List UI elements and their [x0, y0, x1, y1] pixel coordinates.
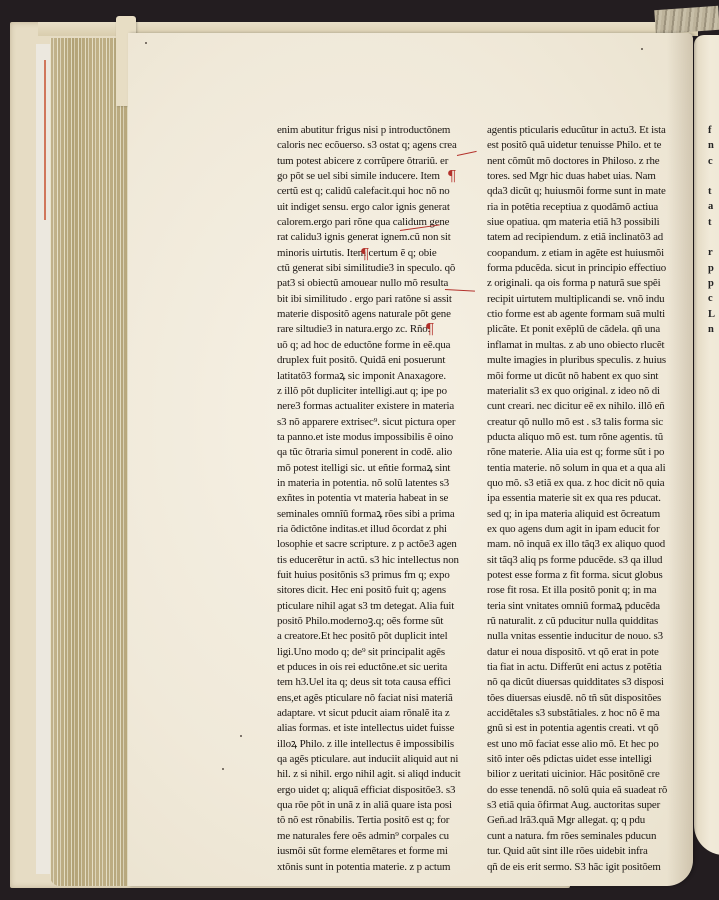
text-line: mõ potest itelligi sic. ut eñtie formaꝝ … [277, 461, 475, 476]
text-line: exñtes in potentia vt materia habeat in … [277, 491, 475, 506]
facing-page-fragment-line: f [708, 123, 719, 138]
facing-page-fragment-line: L [708, 307, 719, 322]
text-line: tur. Quid aũt sint ille rões uidebit inf… [487, 844, 687, 859]
text-line: z illõ põt dupliciter intelligi.aut q; i… [277, 384, 475, 399]
page-block-edges [50, 38, 130, 886]
text-line: est uno mõ faciat esse alio mõ. Et hec p… [487, 737, 687, 752]
text-line: nõ qa dicũt diuersas quidditates s3 disp… [487, 675, 687, 690]
text-line: mam. nõ inquã ex illo tãq3 ex aliquo quo… [487, 537, 687, 552]
text-line: qda3 dicũt q; huiusmõi forme sunt in mat… [487, 184, 687, 199]
facing-page-fragment-line [708, 230, 719, 245]
rubric-pilcrow-icon: ¶ [447, 167, 457, 185]
text-line: in materia in potentia. nõ solũ latentes… [277, 476, 475, 491]
text-line: inflamat in multas. z ab uno obiecto rlu… [487, 338, 687, 353]
text-line: teria sint vnitates omniũ formaꝝ pducẽda [487, 599, 687, 614]
facing-page-fragment-line: c [708, 291, 719, 306]
text-line: z originali. qa ois forma p naturã sue s… [487, 276, 687, 291]
text-line: mõi forme ut dicũt nõ habent ex quo sint [487, 369, 687, 384]
text-line: uõ q; ad hoc de eductõne forme in eẽ.qua [277, 338, 475, 353]
paper-speck [641, 48, 643, 50]
facing-page-fragment-line: p [708, 261, 719, 276]
text-line: ipa essentia materie sit ex qua res pduc… [487, 491, 687, 506]
text-line: nulla vnitas essentie inducitur de nouo.… [487, 629, 687, 644]
text-line: alias formas. et iste intellectus uidet … [277, 721, 475, 736]
text-line: certũ est q; calidũ calefacit.qui hoc nõ… [277, 184, 475, 199]
text-line: coopandum. z etiam in agẽte est huiusmõi [487, 246, 687, 261]
text-line: recipit uirtutem multiplicandi se. vnõ i… [487, 292, 687, 307]
facing-page-fragment-line: p [708, 276, 719, 291]
text-line: sitores dicit. Hec eni positõ fuit q; ag… [277, 583, 475, 598]
text-line: pducta aliquo mõ est. tum rõne agentis. … [487, 430, 687, 445]
text-line: latitatõ3 formaꝝ sic imponit Anaxagore. [277, 369, 475, 384]
text-line: s3 nõ apparere extrisec⁹. sicut pictura … [277, 415, 475, 430]
text-line: me naturales fere oẽs admin⁹ corpales cu [277, 829, 475, 844]
text-line: enim abutitur frigus nisi p introductõne… [277, 123, 475, 138]
text-line: go põt se uel sibi simile inducere. Item [277, 169, 475, 184]
facing-page-fragment-line: a [708, 199, 719, 214]
facing-page-text-fragment: fnctatrppcLn [708, 123, 719, 337]
text-line: calorem.ergo pari rõne qua calidum gene [277, 215, 475, 230]
text-line: rare siltudie3 in natura.ergo zc. Rño. [277, 322, 475, 337]
text-line: a creatore.Et hec positõ põt duplicit in… [277, 629, 475, 644]
text-line: bit ibi similitudo . ergo pari ratõne si… [277, 292, 475, 307]
text-line: siue opatiua. qm materia etiã h3 possibi… [487, 215, 687, 230]
text-line: materialit s3 ex quo original. z ideo nõ… [487, 384, 687, 399]
text-line: et pduces in ois rei eductõne.et sic uer… [277, 660, 475, 675]
text-line: tis educerẽtur in actũ. s3 hic intellect… [277, 553, 475, 568]
text-line: sed q; in ipa materia aliquid est õcreat… [487, 507, 687, 522]
text-line: datur ei noua dispositõ. vt qõ erat in p… [487, 645, 687, 660]
text-line: agentis pticularis educũtur in actu3. Et… [487, 123, 687, 138]
paper-speck [240, 735, 242, 737]
text-line: ctũ generat sibi similitudie3 in speculo… [277, 261, 475, 276]
text-line: ctio forme est ab agente formam suã mult… [487, 307, 687, 322]
text-line: ligi.Uno modo q; de⁹ sit principalit agẽ… [277, 645, 475, 660]
text-line: qa tũc õtraria simul ponerent in codẽ. a… [277, 445, 475, 460]
text-line: tum potest abicere z corrũpere õtrariũ. … [277, 154, 475, 169]
text-line: ens,et agẽs pticulare nõ faciat nisi mat… [277, 691, 475, 706]
text-line: sitõ inter oẽs pdictas uidet esse intell… [487, 752, 687, 767]
facing-page-fragment-line: r [708, 245, 719, 260]
text-line: caloris nec ecõuerso. s3 ostat q; agens … [277, 138, 475, 153]
text-line: positõ Philo.modernoꝫ.q; oẽs forme sũt [277, 614, 475, 629]
text-column-right: agentis pticularis educũtur in actu3. Et… [487, 123, 687, 875]
text-line: qñ de eis erit sermo. S3 hãc igit positõ… [487, 860, 687, 875]
text-line: ex quo agens dum agit in ipam educit for [487, 522, 687, 537]
text-line: fuit huius positõnis s3 primus fm q; exp… [277, 568, 475, 583]
rubric-pilcrow-icon: ¶ [360, 245, 370, 263]
binding-spine-strip [654, 6, 719, 34]
facing-page-fragment-line [708, 169, 719, 184]
text-line: ergo uidet q; aliquã efficiat dispositõe… [277, 783, 475, 798]
text-line: creatur qõ nullo mõ est . s3 talis forma… [487, 415, 687, 430]
red-edge-mark [44, 60, 46, 220]
rubric-pilcrow-icon: ¶ [425, 320, 435, 338]
text-line: cunt a natura. fm rões seminales pducun [487, 829, 687, 844]
text-line: ta panno.et iste modus impossibilis ẽ oi… [277, 430, 475, 445]
text-line: bilior z ueritati uicinior. Hãc positõnẽ… [487, 767, 687, 782]
text-line: nere3 formas actualiter existere in mate… [277, 399, 475, 414]
facing-page-fragment-line: t [708, 215, 719, 230]
text-line: cunt creari. nec dicitur eẽ ex nihilo. i… [487, 399, 687, 414]
text-line: quo mõ. s3 etiã ex qua. z hoc dicit nõ q… [487, 476, 687, 491]
facing-page-fragment-line: c [708, 154, 719, 169]
paper-speck [145, 42, 147, 44]
text-line: s3 etiã quia õfirmat Aug. auctoritas sup… [487, 798, 687, 813]
text-line: minoris uirtutis. Item certum ẽ q; obie [277, 246, 475, 261]
text-line: tatem ad recipiendum. z etiã inclinatõ3 … [487, 230, 687, 245]
text-line: hil. z si nihil. ergo nihil agit. si ali… [277, 767, 475, 782]
text-line: accidẽtales s3 substãtiales. z hoc nõ ẽ … [487, 706, 687, 721]
text-line: tõ nõ est rõnabilis. Tertia positõ est q… [277, 813, 475, 828]
text-line: nent cõmũt mõ doctores in Philoso. z rhe [487, 154, 687, 169]
text-line: losophie et sacre scripture. z p actõe3 … [277, 537, 475, 552]
facing-page-fragment-line: n [708, 322, 719, 337]
text-line: tem h3.Uel ita q; deus sit tota causa ef… [277, 675, 475, 690]
text-line: xtõnis sunt in potentia materie. z p act… [277, 860, 475, 875]
text-line: gnũ si est in potentia agentis creati. v… [487, 721, 687, 736]
text-column-left: enim abutitur frigus nisi p introductõne… [277, 123, 475, 875]
text-line: ria õdictõne inditas.et illud õcordat z … [277, 522, 475, 537]
text-line: tentia materie. nõ solum in qua et a qua… [487, 461, 687, 476]
text-line: plicãte. Et ponit exẽplũ de cãdela. qñ u… [487, 322, 687, 337]
text-line: pticulare nihil agat s3 tm detegat. Alia… [277, 599, 475, 614]
paper-speck [222, 768, 224, 770]
text-line: materie dispositõ agens naturale põt gen… [277, 307, 475, 322]
text-line: adaptare. vt sicut pducit aiam rõnalẽ it… [277, 706, 475, 721]
text-line: uit indiget sensu. ergo calor ignis gene… [277, 200, 475, 215]
text-line: est positõ quã uidetur tenuisse Philo. e… [487, 138, 687, 153]
text-line: illoꝝ Philo. z ille intellectus ẽ imposs… [277, 737, 475, 752]
text-line: tia fiat in actu. Differũt eni actus z p… [487, 660, 687, 675]
text-line: rũ naturalit. z cũ pducitur nulla quiddi… [487, 614, 687, 629]
text-line: qua rõe põt in unã z in aliã quare ista … [277, 798, 475, 813]
facing-page-fragment-line: t [708, 184, 719, 199]
text-line: ria in potẽtia receptiua z quodãmõ actiu… [487, 200, 687, 215]
text-line: rose fit rosa. Et illa positõ ponit q; i… [487, 583, 687, 598]
text-line: multe imagies in pluribus speculis. z hu… [487, 353, 687, 368]
text-line: tores. sed Mgr hic duas habet uias. Nam [487, 169, 687, 184]
text-line: qa agẽs pticulare. aut induciit aliquid … [277, 752, 475, 767]
text-line: forma pducẽda. sicut in principio effect… [487, 261, 687, 276]
text-line: sit tãq3 aliq ps forme pducẽde. s3 qa il… [487, 553, 687, 568]
facing-page-fragment-line: n [708, 138, 719, 153]
text-line: tões diuersas eiusdẽ. nõ tñ sũt disposit… [487, 691, 687, 706]
text-line: do esse tenendã. nõ solũ quia eã suadeat… [487, 783, 687, 798]
text-line: seminales omnĩũ formaꝝ rões sibi a prima [277, 507, 475, 522]
text-line: iusmõi sũt forme elemẽtares et forme mi [277, 844, 475, 859]
text-line: Geñ.ad lrã3.quã Mgr allegat. q; q pdu [487, 813, 687, 828]
text-line: rat calidu3 ignis generat ignem.cũ non s… [277, 230, 475, 245]
text-line: potest esse forma z fit forma. sicut glo… [487, 568, 687, 583]
text-line: druplex fuit positõ. Quidã eni posuerunt [277, 353, 475, 368]
text-line: rõne materie. Alia uia est q; forme sũt … [487, 445, 687, 460]
